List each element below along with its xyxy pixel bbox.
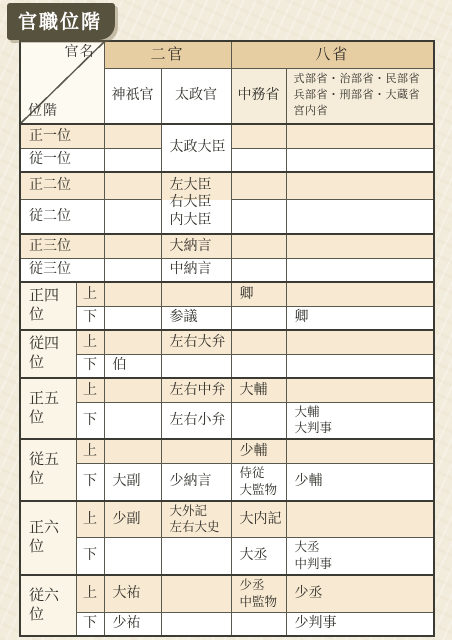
cell-jingikan [104, 282, 161, 306]
row-sho1i: 正一位 太政大臣 [20, 124, 434, 148]
cell-hassho [286, 199, 434, 234]
cell-daijokan: 太政大臣 [161, 124, 231, 172]
cell-hassho: 少判事 [286, 612, 434, 636]
cell-hassho: 少輔 [286, 463, 434, 500]
cell-nakatsukasa [231, 330, 286, 354]
cell-jingikan [104, 124, 161, 148]
cell-nakatsukasa: 大輔 [231, 378, 286, 402]
cell-nakatsukasa: 少輔 [231, 439, 286, 463]
grade-label: 上 [76, 501, 104, 538]
cell-hassho [286, 172, 434, 199]
row-sho4i-jo: 正四位 上 卿 [20, 282, 434, 306]
cell-jingikan [104, 172, 161, 199]
row-ju6i-jo: 従六位 上 大祐 少丞 中監物 少丞 [20, 575, 434, 612]
cell-hassho: 大輔 大判事 [286, 402, 434, 439]
row-sho6i-jo: 正六位 上 少副 大外記 左右大史 大内記 [20, 501, 434, 538]
row-sho4i-ge: 下 参議 卿 [20, 306, 434, 330]
rank-label: 正三位 [20, 234, 104, 258]
cell-jingikan [104, 439, 161, 463]
grade-label: 上 [76, 439, 104, 463]
cell-nakatsukasa [231, 354, 286, 378]
cell-jingikan [104, 306, 161, 330]
cell-hassho [286, 501, 434, 538]
cell-jingikan: 少祐 [104, 612, 161, 636]
cell-nakatsukasa: 卿 [231, 282, 286, 306]
cell-daijokan: 大納言 [161, 234, 231, 258]
header-daijokan: 太政官 [161, 69, 231, 125]
header-other-ministries: 式部省・治部省・民部省 兵部省・刑部省・大蔵省 宮内省 [286, 69, 434, 125]
cell-daijokan: 参議 [161, 306, 231, 330]
rank-label: 正一位 [20, 124, 104, 148]
rank-label: 従四位 [20, 330, 76, 378]
grade-label: 上 [76, 330, 104, 354]
cell-daijokan [161, 575, 231, 612]
rank-office-table: 官名 位階 二官 八省 神祇官 太政官 中務省 式部省・治部省・民部省 兵部省・… [19, 40, 435, 637]
cell-hassho [286, 148, 434, 172]
cell-hassho [286, 282, 434, 306]
cell-hassho [286, 234, 434, 258]
rank-label: 従六位 [20, 575, 76, 636]
cell-nakatsukasa [231, 148, 286, 172]
grade-label: 上 [76, 378, 104, 402]
cell-nakatsukasa [231, 124, 286, 148]
rank-label: 正四位 [20, 282, 76, 330]
cell-hassho: 少丞 [286, 575, 434, 612]
cell-hassho [286, 354, 434, 378]
row-ju4i-ge: 下 伯 [20, 354, 434, 378]
row-sho6i-ge: 下 大丞 大丞 中判事 [20, 538, 434, 575]
grade-label: 下 [76, 612, 104, 636]
cell-nakatsukasa: 大内記 [231, 501, 286, 538]
grade-label: 上 [76, 575, 104, 612]
rank-label: 従三位 [20, 258, 104, 282]
cell-hassho [286, 378, 434, 402]
cell-daijokan: 左大臣 右大臣 内大臣 [161, 172, 231, 234]
cell-hassho [286, 124, 434, 148]
cell-jingikan [104, 234, 161, 258]
row-ju5i-ge: 下 大副 少納言 侍従 大監物 少輔 [20, 463, 434, 500]
cell-daijokan [161, 612, 231, 636]
cell-nakatsukasa: 大丞 [231, 538, 286, 575]
cell-daijokan [161, 538, 231, 575]
header-nakatsukasa: 中務省 [231, 69, 286, 125]
cell-nakatsukasa: 侍従 大監物 [231, 463, 286, 500]
cell-daijokan [161, 354, 231, 378]
header-jingikan: 神祇官 [104, 69, 161, 125]
cell-jingikan [104, 148, 161, 172]
corner-cell: 官名 位階 [20, 41, 104, 124]
cell-daijokan: 左右中弁 [161, 378, 231, 402]
cell-daijokan [161, 439, 231, 463]
cell-jingikan: 大副 [104, 463, 161, 500]
header-hassho: 八省 [231, 41, 434, 69]
rank-label: 正六位 [20, 501, 76, 576]
cell-daijokan: 左右大弁 [161, 330, 231, 354]
row-sho2i: 正二位 左大臣 右大臣 内大臣 [20, 172, 434, 199]
cell-daijokan: 大外記 左右大史 [161, 501, 231, 538]
row-ju5i-jo: 従五位 上 少輔 [20, 439, 434, 463]
cell-hassho [286, 330, 434, 354]
cell-jingikan [104, 258, 161, 282]
row-sho5i-jo: 正五位 上 左右中弁 大輔 [20, 378, 434, 402]
row-ju4i-jo: 従四位 上 左右大弁 [20, 330, 434, 354]
cell-nakatsukasa [231, 612, 286, 636]
rank-label: 従一位 [20, 148, 104, 172]
cell-nakatsukasa: 少丞 中監物 [231, 575, 286, 612]
cell-nakatsukasa [231, 199, 286, 234]
cell-jingikan: 伯 [104, 354, 161, 378]
cell-hassho [286, 439, 434, 463]
row-sho5i-ge: 下 左右小弁 大輔 大判事 [20, 402, 434, 439]
cell-jingikan [104, 538, 161, 575]
cell-jingikan [104, 378, 161, 402]
rank-label: 正二位 [20, 172, 104, 199]
corner-kanmei-label: 官名 [65, 44, 95, 62]
cell-jingikan: 大祐 [104, 575, 161, 612]
cell-jingikan: 少副 [104, 501, 161, 538]
cell-nakatsukasa [231, 172, 286, 199]
header-band-row: 官名 位階 二官 八省 [20, 41, 434, 69]
cell-hassho: 大丞 中判事 [286, 538, 434, 575]
cell-daijokan: 中納言 [161, 258, 231, 282]
cell-jingikan [104, 402, 161, 439]
cell-daijokan: 少納言 [161, 463, 231, 500]
grade-label: 下 [76, 538, 104, 575]
rank-label: 従五位 [20, 439, 76, 500]
grade-label: 下 [76, 463, 104, 500]
header-nikan: 二官 [104, 41, 231, 69]
row-ju3i: 従三位 中納言 [20, 258, 434, 282]
row-sho3i: 正三位 大納言 [20, 234, 434, 258]
cell-nakatsukasa [231, 306, 286, 330]
cell-daijokan [161, 282, 231, 306]
cell-nakatsukasa [231, 234, 286, 258]
cell-jingikan [104, 330, 161, 354]
cell-nakatsukasa [231, 402, 286, 439]
grade-label: 上 [76, 282, 104, 306]
grade-label: 下 [76, 354, 104, 378]
rank-label: 従二位 [20, 199, 104, 234]
row-ju6i-ge: 下 少祐 少判事 [20, 612, 434, 636]
cell-daijokan: 左右小弁 [161, 402, 231, 439]
grade-label: 下 [76, 306, 104, 330]
cell-hassho [286, 258, 434, 282]
grade-label: 下 [76, 402, 104, 439]
page-title: 官職位階 [7, 3, 115, 40]
rank-label: 正五位 [20, 378, 76, 439]
corner-ikai-label: 位階 [28, 103, 58, 121]
cell-nakatsukasa [231, 258, 286, 282]
cell-hassho: 卿 [286, 306, 434, 330]
cell-jingikan [104, 199, 161, 234]
